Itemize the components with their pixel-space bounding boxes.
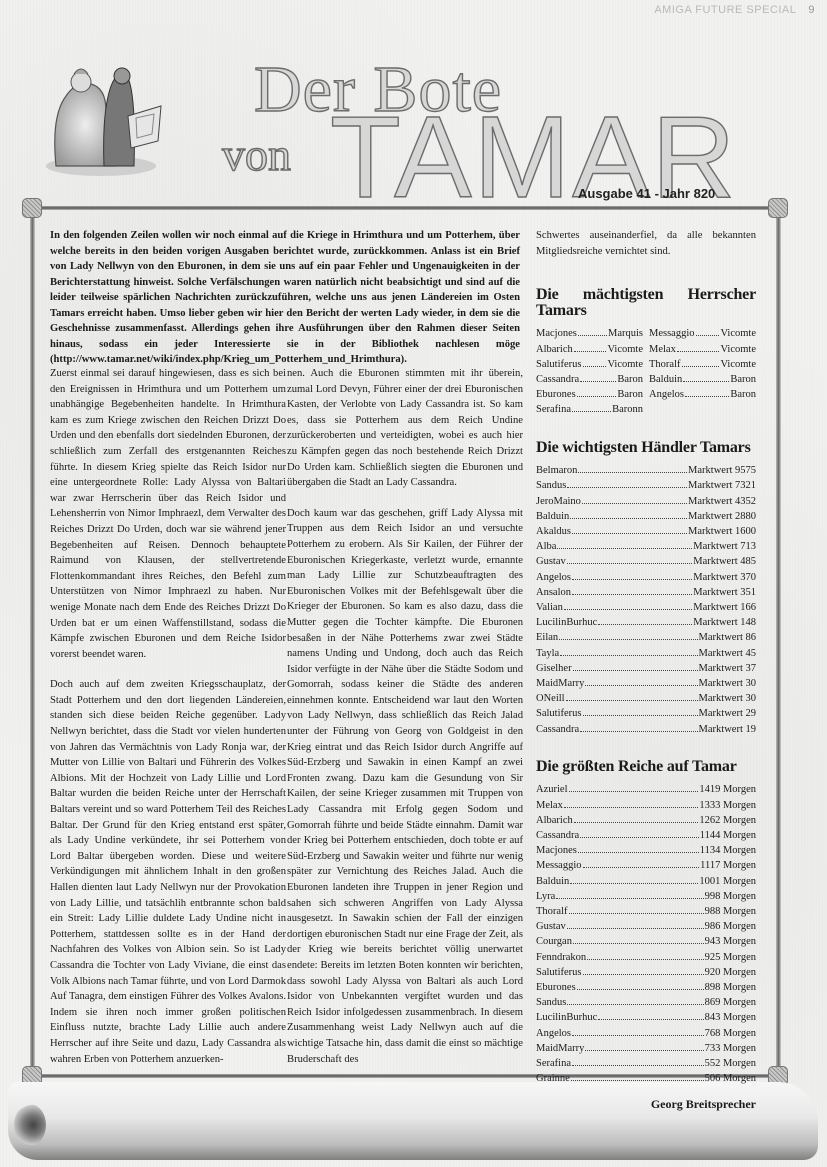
dot-leader	[572, 585, 692, 595]
list-item: Albarich1262 Morgen	[536, 813, 756, 828]
item-name: Serafina	[536, 1057, 571, 1071]
item-value: Marktwert 30	[699, 692, 756, 706]
item-value: Baron	[730, 388, 756, 402]
item-value: Vicomte	[720, 343, 756, 357]
list-item: GustavMarktwert 485	[536, 554, 756, 569]
item-name: MaidMarry	[536, 677, 584, 691]
dot-leader	[598, 615, 692, 625]
realms-list: Azuriel1419 MorgenMelax1333 MorgenAlbari…	[536, 782, 756, 1086]
list-item: CassandraMarktwert 19	[536, 722, 756, 737]
article-paragraph-continued: Schwertes auseinanderfiel, da alle bekan…	[536, 228, 756, 259]
scroll-frame-left	[30, 208, 35, 1074]
list-item: ValianMarktwert 166	[536, 600, 756, 615]
item-name: Cassandra	[536, 373, 579, 387]
dot-leader	[585, 676, 697, 686]
item-name: Messaggio	[536, 859, 582, 873]
list-item: Angelos768 Morgen	[536, 1026, 756, 1041]
item-name: Macjones	[536, 327, 577, 341]
list-item: SerafinaBaronn	[536, 402, 643, 417]
item-name: Angelos	[536, 571, 571, 585]
scroll-curl-icon	[14, 1104, 46, 1146]
dot-leader	[572, 570, 692, 580]
item-value: Marktwert 4352	[688, 495, 756, 509]
dot-leader	[570, 509, 687, 519]
realms-heading: Die größten Reiche auf Tamar	[536, 759, 756, 775]
dot-leader	[583, 706, 698, 716]
item-name: Balduin	[649, 373, 682, 387]
item-name: LucilinBurhuc	[536, 1011, 597, 1025]
item-value: Marktwert 351	[693, 586, 756, 600]
item-name: Angelos	[649, 388, 684, 402]
item-value: Vicomte	[607, 358, 643, 372]
frame-corner-ornament-icon	[22, 198, 42, 218]
dot-leader	[573, 934, 704, 944]
dot-leader	[683, 372, 729, 382]
item-value: 920 Morgen	[705, 966, 756, 980]
item-value: Marktwert 30	[699, 677, 756, 691]
dot-leader	[583, 858, 700, 868]
item-name: Gustav	[536, 555, 566, 569]
dot-leader	[598, 1010, 703, 1020]
list-item: Serafina552 Morgen	[536, 1056, 756, 1071]
dot-leader	[578, 463, 687, 473]
item-value: 925 Morgen	[705, 951, 756, 965]
item-value: Marktwert 45	[699, 647, 756, 661]
dot-leader	[567, 478, 687, 488]
item-name: Courgan	[536, 935, 572, 949]
intro-paragraph: In den folgenden Zeilen wollen wir noch …	[50, 228, 520, 368]
list-item: Eburones898 Morgen	[536, 980, 756, 995]
item-value: Vicomte	[720, 358, 756, 372]
item-name: LucilinBurhuc	[536, 616, 597, 630]
list-item: TaylaMarktwert 45	[536, 646, 756, 661]
list-item: Lyra998 Morgen	[536, 889, 756, 904]
list-item: MelaxVicomte	[649, 342, 756, 357]
dot-leader	[566, 691, 698, 701]
dot-leader	[560, 646, 697, 656]
list-item: SalutiferusMarktwert 29	[536, 706, 756, 721]
list-item: LucilinBurhuc843 Morgen	[536, 1010, 756, 1025]
item-name: Cassandra	[536, 723, 579, 737]
author-signature: Georg Breitsprecher	[536, 1097, 756, 1113]
masthead-title-von: von	[222, 128, 291, 181]
item-value: Marktwert 1600	[688, 525, 756, 539]
dot-leader	[573, 661, 698, 671]
item-value: Marktwert 9575	[688, 464, 756, 478]
item-name: Thoralf	[536, 905, 568, 919]
item-name: Lyra	[536, 890, 555, 904]
list-item: GiselherMarktwert 37	[536, 661, 756, 676]
item-value: Marktwert 370	[693, 571, 756, 585]
traders-list: BelmaronMarktwert 9575SandusMarktwert 73…	[536, 463, 756, 737]
masthead-title-tamar: TAMAR	[330, 90, 737, 224]
dot-leader	[572, 524, 687, 534]
list-item: Sandus869 Morgen	[536, 995, 756, 1010]
item-name: Belmaron	[536, 464, 577, 478]
dot-leader	[557, 539, 692, 549]
item-name: Angelos	[536, 1027, 571, 1041]
item-name: Grainne	[536, 1072, 570, 1086]
item-name: ONeill	[536, 692, 565, 706]
item-name: Valian	[536, 601, 563, 615]
item-name: Melax	[536, 799, 563, 813]
list-item: Melax1333 Morgen	[536, 798, 756, 813]
item-value: 986 Morgen	[705, 920, 756, 934]
list-item: BalduinMarktwert 2880	[536, 509, 756, 524]
dot-leader	[682, 357, 720, 367]
dot-leader	[685, 387, 729, 397]
article-column-1: Zuerst einmal sei darauf hingewiesen, da…	[50, 366, 286, 1082]
list-item: AngelosBaron	[649, 387, 756, 402]
list-item: MaidMarry733 Morgen	[536, 1041, 756, 1056]
dot-leader	[572, 402, 611, 412]
item-name: Balduin	[536, 510, 569, 524]
item-value: Baron	[617, 388, 643, 402]
dot-leader	[677, 342, 720, 352]
dot-leader	[580, 722, 697, 732]
item-value: 1117 Morgen	[700, 859, 756, 873]
list-item: Salutiferus920 Morgen	[536, 965, 756, 980]
item-value: Marktwert 485	[693, 555, 756, 569]
item-name: Azuriel	[536, 783, 568, 797]
item-name: MaidMarry	[536, 1042, 584, 1056]
dot-leader	[556, 889, 703, 899]
item-name: Salutiferus	[536, 707, 582, 721]
item-value: 506 Morgen	[705, 1072, 756, 1086]
dot-leader	[578, 843, 699, 853]
item-name: Alba	[536, 540, 556, 554]
item-value: Marktwert 166	[693, 601, 756, 615]
dot-leader	[572, 1056, 704, 1066]
list-item: SalutiferusVicomte	[536, 357, 643, 372]
list-item: MacjonesMarquis	[536, 326, 643, 341]
dot-leader	[569, 904, 704, 914]
item-value: 1419 Morgen	[699, 783, 756, 797]
item-name: Thoralf	[649, 358, 681, 372]
traders-heading: Die wichtigsten Händler Tamars	[536, 440, 756, 456]
list-item: AnsalonMarktwert 351	[536, 585, 756, 600]
item-name: Eilan	[536, 631, 558, 645]
item-value: Marktwert 29	[699, 707, 756, 721]
dot-leader	[567, 554, 693, 564]
list-item: AlbarichVicomte	[536, 342, 643, 357]
dot-leader	[577, 387, 617, 397]
item-value: 1134 Morgen	[700, 844, 756, 858]
list-item: Gustav986 Morgen	[536, 919, 756, 934]
dot-leader	[582, 494, 687, 504]
dot-leader	[585, 1041, 703, 1051]
item-name: Ansalon	[536, 586, 571, 600]
list-item: Cassandra1144 Morgen	[536, 828, 756, 843]
item-name: Akaldus	[536, 525, 571, 539]
item-value: Marktwert 86	[699, 631, 756, 645]
list-item: BelmaronMarktwert 9575	[536, 463, 756, 478]
scroll-frame-top	[30, 206, 782, 210]
article-paragraph: Doch auch auf dem zweiten Kriegsschaupla…	[50, 677, 286, 1067]
item-value: Marktwert 37	[699, 662, 756, 676]
item-name: Salutiferus	[536, 966, 582, 980]
list-item: BalduinBaron	[649, 372, 756, 387]
dot-leader	[572, 1026, 704, 1036]
item-value: Vicomte	[720, 327, 756, 341]
list-item: Courgan943 Morgen	[536, 934, 756, 949]
item-value: Baron	[730, 373, 756, 387]
item-value: 843 Morgen	[705, 1011, 756, 1025]
item-name: Gustav	[536, 920, 566, 934]
page-header: AMIGA FUTURE SPECIAL9	[654, 4, 815, 16]
item-value: Vicomte	[607, 343, 643, 357]
list-item: CassandraBaron	[536, 372, 643, 387]
item-name: Melax	[649, 343, 676, 357]
article-column-2: nen. Auch die Eburonen stimmten mit ihr …	[287, 366, 523, 1082]
list-item: EilanMarktwert 86	[536, 630, 756, 645]
item-value: Marquis	[608, 327, 643, 341]
item-name: Eburones	[536, 388, 576, 402]
issue-info: Ausgabe 41 - Jahr 820	[578, 186, 715, 201]
item-name: JeroMaino	[536, 495, 581, 509]
rulers-heading: Die mächtigsten Herrscher Tamars	[536, 287, 756, 318]
dot-leader	[580, 828, 699, 838]
dot-leader	[570, 874, 698, 884]
article-paragraph: nen. Auch die Eburonen stimmten mit ihr …	[287, 366, 523, 491]
item-name: Eburones	[536, 981, 576, 995]
item-name: Tayla	[536, 647, 559, 661]
item-value: 1144 Morgen	[700, 829, 756, 843]
item-name: Albarich	[536, 343, 573, 357]
dot-leader	[580, 372, 616, 382]
item-value: Marktwert 148	[693, 616, 756, 630]
list-item: ONeillMarktwert 30	[536, 691, 756, 706]
list-item: AlbaMarktwert 713	[536, 539, 756, 554]
list-item: Azuriel1419 Morgen	[536, 782, 756, 797]
item-value: Baronn	[612, 403, 643, 417]
list-item: Messaggio1117 Morgen	[536, 858, 756, 873]
list-item: Grainne506 Morgen	[536, 1071, 756, 1086]
item-value: 768 Morgen	[705, 1027, 756, 1041]
item-name: Salutiferus	[536, 358, 582, 372]
item-name: Fenndrakon	[536, 951, 586, 965]
dot-leader	[559, 630, 697, 640]
list-item: SandusMarktwert 7321	[536, 478, 756, 493]
list-item: JeroMainoMarktwert 4352	[536, 494, 756, 509]
article-paragraph: Doch kaum war das geschehen, griff Lady …	[287, 506, 523, 1067]
scholars-illustration-icon	[36, 56, 166, 178]
dot-leader	[696, 326, 720, 336]
list-item: LucilinBurhucMarktwert 148	[536, 615, 756, 630]
item-value: 869 Morgen	[705, 996, 756, 1010]
item-name: Messaggio	[649, 327, 695, 341]
dot-leader	[574, 342, 607, 352]
article-paragraph: Zuerst einmal sei darauf hingewiesen, da…	[50, 366, 286, 662]
item-value: 733 Morgen	[705, 1042, 756, 1056]
item-value: Marktwert 2880	[688, 510, 756, 524]
dot-leader	[577, 980, 704, 990]
list-item: AkaldusMarktwert 1600	[536, 524, 756, 539]
list-item: Fenndrakon925 Morgen	[536, 950, 756, 965]
dot-leader	[587, 950, 703, 960]
item-name: Macjones	[536, 844, 577, 858]
dot-leader	[571, 1071, 704, 1081]
item-name: Balduin	[536, 875, 569, 889]
item-name: Giselher	[536, 662, 572, 676]
item-value: 1001 Morgen	[699, 875, 756, 889]
item-value: 1262 Morgen	[699, 814, 756, 828]
item-value: Marktwert 713	[693, 540, 756, 554]
item-name: Sandus	[536, 996, 566, 1010]
item-value: Baron	[617, 373, 643, 387]
dot-leader	[567, 995, 703, 1005]
item-value: 1333 Morgen	[699, 799, 756, 813]
dot-leader	[569, 782, 699, 792]
dot-leader	[564, 600, 692, 610]
list-item: EburonesBaron	[536, 387, 643, 402]
dot-leader	[583, 357, 607, 367]
item-value: Marktwert 19	[699, 723, 756, 737]
dot-leader	[567, 919, 704, 929]
dot-leader	[583, 965, 704, 975]
list-item: Macjones1134 Morgen	[536, 843, 756, 858]
frame-corner-ornament-icon	[768, 198, 788, 218]
dot-leader	[564, 798, 698, 808]
dot-leader	[578, 326, 607, 336]
item-name: Albarich	[536, 814, 573, 828]
item-value: 552 Morgen	[705, 1057, 756, 1071]
list-item: Thoralf988 Morgen	[536, 904, 756, 919]
list-item: MaidMarryMarktwert 30	[536, 676, 756, 691]
page-number: 9	[808, 4, 815, 16]
item-name: Sandus	[536, 479, 566, 493]
scroll-frame-right	[776, 208, 781, 1074]
list-item: MessaggioVicomte	[649, 326, 756, 341]
list-item: ThoralfVicomte	[649, 357, 756, 372]
item-value: 943 Morgen	[705, 935, 756, 949]
rulers-list: MacjonesMarquisMessaggioVicomteAlbarichV…	[536, 326, 756, 417]
list-item: Balduin1001 Morgen	[536, 874, 756, 889]
item-name: Serafina	[536, 403, 571, 417]
item-name: Cassandra	[536, 829, 579, 843]
sidebar-column: Schwertes auseinanderfiel, da alle bekan…	[536, 228, 756, 1112]
item-value: Marktwert 7321	[688, 479, 756, 493]
dot-leader	[574, 813, 699, 823]
list-item: AngelosMarktwert 370	[536, 570, 756, 585]
item-value: 998 Morgen	[705, 890, 756, 904]
item-value: 898 Morgen	[705, 981, 756, 995]
magazine-name: AMIGA FUTURE SPECIAL	[654, 4, 796, 16]
item-value: 988 Morgen	[705, 905, 756, 919]
